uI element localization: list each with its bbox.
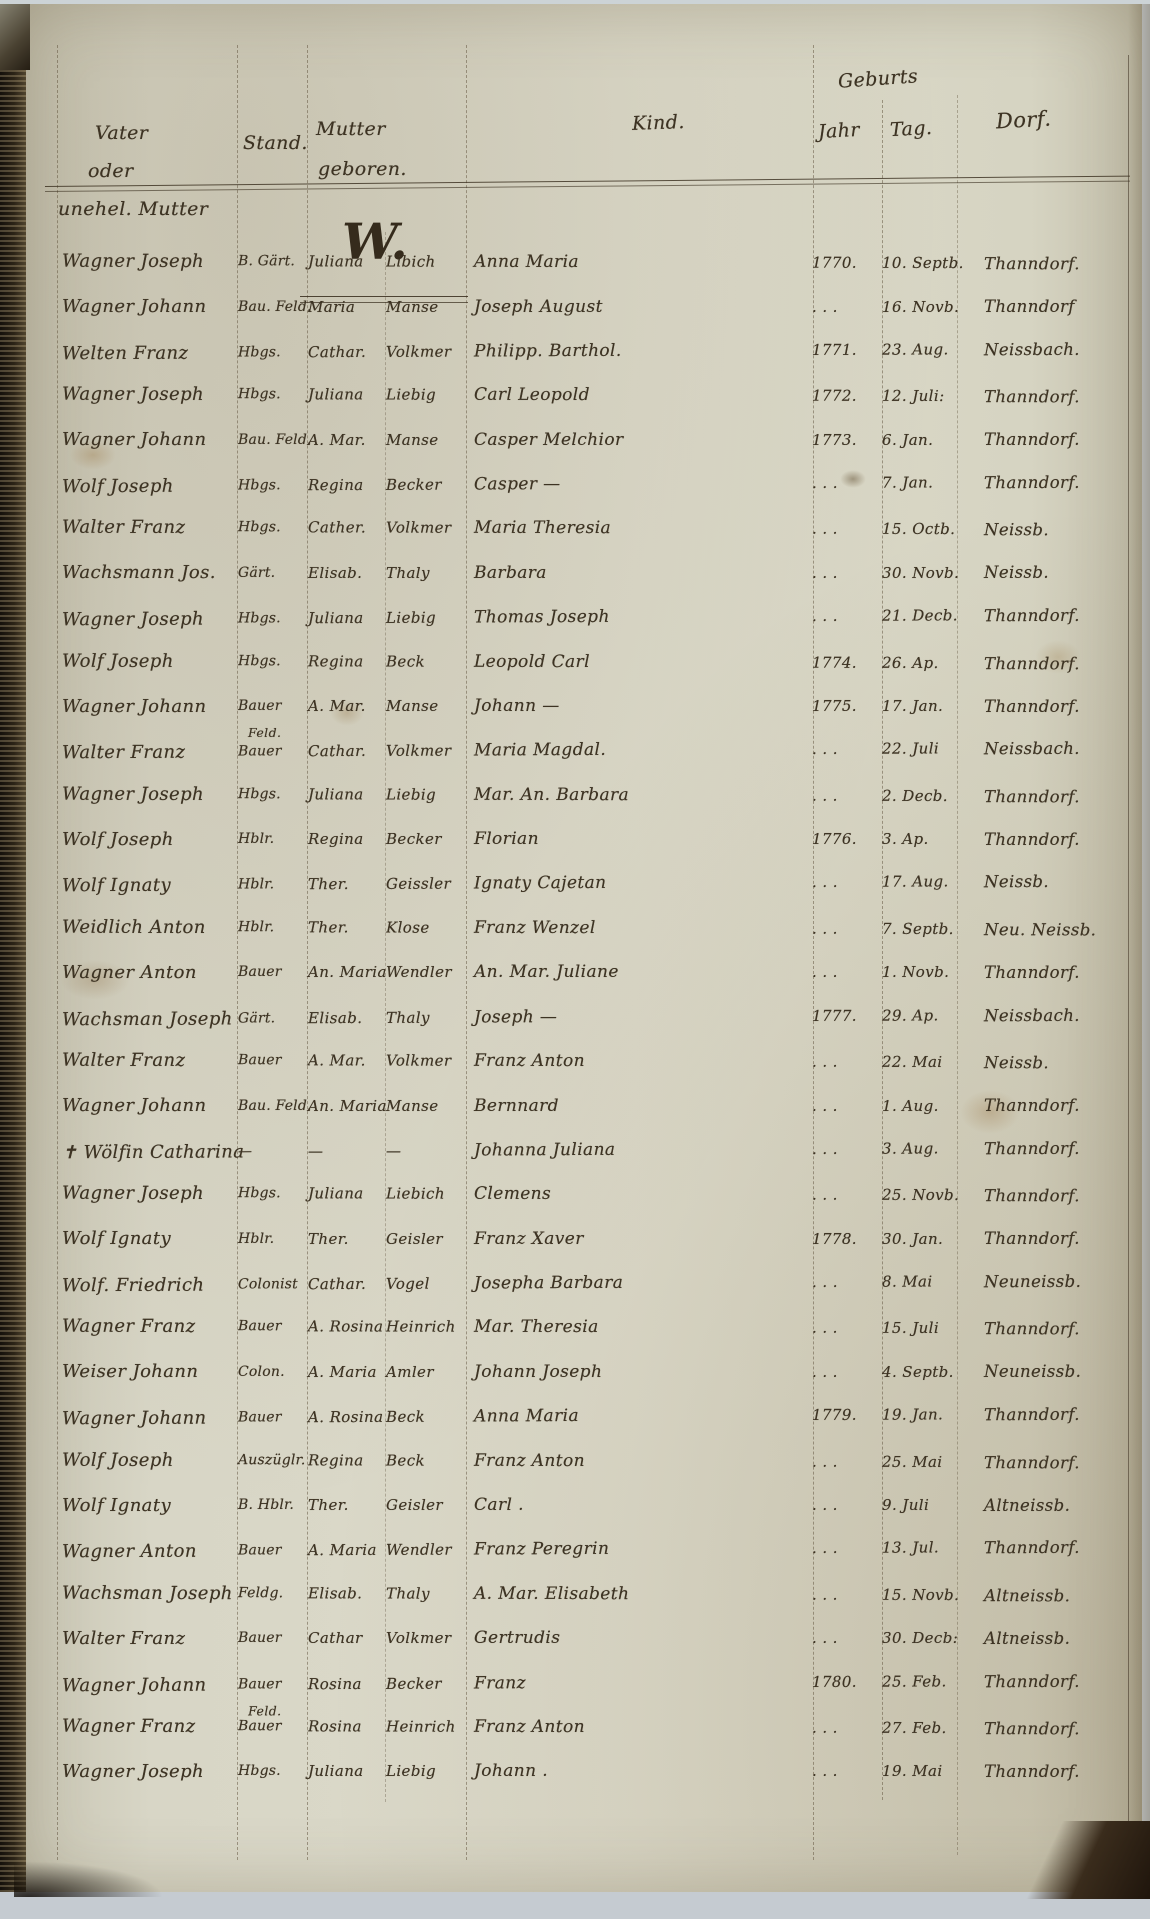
register-row: Welten FranzHbgs.Cathar.VolkmerPhilipp. … [0,326,1150,375]
mother-surname-cell: Wendler [386,1541,468,1559]
page-gutter-shade [1128,0,1150,1900]
birth-day-cell: 7. Jan. [882,473,984,491]
mother-given-cell: Elisab. [308,564,386,582]
stand-cell: Hbgs. [238,653,308,669]
father-cell: Wagner Franz [62,1316,238,1337]
mother-surname-cell: Thaly [386,1008,468,1026]
father-cell: Wagner Joseph [62,608,238,630]
register-row: Wagner JohannBau. Feld.A. Mar.ManseCaspe… [0,418,1150,462]
birth-day-cell: 1. Aug. [882,1097,984,1115]
child-cell: Franz [468,1672,812,1694]
birth-year-cell: . . . [812,873,882,891]
mother-given-cell: Elisab. [308,1584,386,1602]
register-row: Weiser JohannColon.A. MariaAmlerJohann J… [0,1350,1150,1394]
register-row: ✝ Wölfin Catharina———Johanna Juliana. . … [0,1125,1150,1174]
village-cell: Thanndorf. [984,653,1150,672]
stand-cell: Hblr. [238,831,308,847]
child-cell: Anna Maria [468,252,812,273]
village-cell: Thanndorf. [984,1671,1150,1691]
father-cell: Wagner Johann [62,1674,238,1696]
stand-cell: Bauer [238,1718,308,1734]
birth-day-cell: 10. Septb. [882,254,984,272]
birth-day-cell: 25. Novb. [882,1186,984,1204]
mother-surname-cell: Klose [386,919,468,937]
child-cell: Bernnard [468,1096,812,1116]
mother-given-cell: A. Rosina [308,1318,386,1336]
child-cell: Johann Joseph [468,1362,812,1382]
mother-surname-cell: Beck [386,652,468,670]
father-cell: ✝ Wölfin Catharina [62,1141,238,1163]
mother-surname-cell: Liebich [386,1185,468,1203]
father-cell: Weidlich Anton [62,916,238,937]
stand-cell: Bauer [238,1319,308,1335]
register-row: Wolf. FriedrichColonistCathar.VogelJosep… [0,1258,1150,1307]
stand-cell: BauerFeld. [238,1676,308,1692]
mother-given-cell: Ther. [308,918,386,936]
mother-given-cell: Cathar. [308,1275,386,1293]
child-cell: An. Mar. Juliane [468,962,812,982]
mother-surname-cell: Volkmer [386,342,468,360]
father-cell: Walter Franz [62,741,238,763]
header-birth-year: Jahr [817,119,860,143]
mother-given-cell: Juliana [308,1185,386,1203]
birth-year-cell: . . . [812,1319,882,1337]
birth-day-cell: 19. Jan. [882,1406,984,1424]
mother-given-cell: A. Mar. [308,697,386,715]
village-cell: Thanndorf. [984,1719,1150,1738]
birth-year-cell: . . . [812,1629,882,1647]
father-cell: Walter Franz [62,1628,238,1649]
mother-surname-cell: Liebig [386,785,468,803]
mother-surname-cell: Beck [386,1451,468,1469]
father-cell: Wagner Joseph [62,783,238,804]
mother-surname-cell: Manse [386,298,468,316]
mother-surname-cell: Volkmer [386,1052,468,1070]
father-cell: Wachsman Joseph [62,1582,238,1603]
birth-year-cell: 1776. [812,830,882,848]
village-cell: Thanndorf. [984,697,1150,716]
stand-cell: Gärt. [238,565,308,581]
register-row: Wachsmann Jos.Gärt.Elisab.ThalyBarbara. … [0,551,1150,595]
register-row: Wagner JosephB. Gärt.JulianaLibichAnna M… [0,238,1150,285]
mother-given-cell: Ther. [308,1496,386,1514]
father-cell: Wagner Johann [62,1407,238,1429]
village-cell: Neissbach. [984,1005,1150,1025]
register-row: Wagner JohannBau. Feld.An. MariaManseBer… [0,1083,1150,1127]
birth-day-cell: 30. Decb: [882,1629,984,1647]
father-cell: Wolf. Friedrich [62,1274,238,1296]
register-row: Walter FranzHbgs.Cather.VolkmerMaria The… [0,505,1150,552]
birth-day-cell: 27. Feb. [882,1719,984,1737]
stand-cell: Hbgs. [238,344,308,360]
father-cell: Weiser Johann [62,1361,238,1382]
father-cell: Wolf Joseph [62,650,238,671]
village-cell: Thanndorf. [984,387,1150,406]
mother-surname-cell: Becker [386,830,468,848]
birth-day-cell: 25. Feb. [882,1672,984,1690]
birth-day-cell: 30. Jan. [882,1230,984,1248]
village-cell: Neissb. [984,1053,1150,1072]
birth-day-cell: 3. Ap. [882,830,984,848]
header-mother-line1: Mutter [316,118,386,140]
page-shadow [14,1861,164,1897]
birth-year-cell: 1773. [812,431,882,449]
village-cell: Thanndorf. [984,254,1150,273]
stand-cell: Hbgs. [238,1763,308,1779]
stand-cell: Hbgs. [238,477,308,493]
register-row: Wagner FranzBauerA. RosinaHeinrichMar. T… [0,1304,1150,1351]
mother-given-cell: An. Maria [308,1097,386,1115]
mother-given-cell: Rosina [308,1717,386,1735]
mother-surname-cell: Heinrich [386,1718,468,1736]
father-cell: Wagner Johann [62,429,238,450]
register-row: Wolf JosephHbgs.ReginaBeckerCasper —. . … [0,459,1150,508]
child-cell: A. Mar. Elisabeth [468,1584,812,1605]
mother-surname-cell: Liebig [386,1762,468,1780]
child-cell: Thomas Joseph [468,606,812,628]
child-cell: Casper — [468,473,812,495]
father-cell: Wachsman Joseph [62,1008,238,1030]
mother-given-cell: Rosina [308,1675,386,1693]
book-binding [0,0,26,1900]
village-cell: Neissb. [984,872,1150,892]
register-row: Wagner JosephHbgs.JulianaLiebigMar. An. … [0,771,1150,818]
birth-day-cell: 17. Aug. [882,873,984,891]
register-row: Walter FranzBauerA. Mar.VolkmerFranz Ant… [0,1038,1150,1085]
birth-day-cell: 2. Decb. [882,787,984,805]
book-binding-top [0,0,30,70]
father-cell: Wagner Joseph [62,384,238,405]
village-cell: Thanndorf. [984,1452,1150,1471]
header-father-line2: oder [88,160,134,182]
birth-year-cell: 1771. [812,341,882,359]
child-cell: Maria Theresia [468,518,812,539]
stand-cell: — [238,1143,308,1159]
birth-day-cell: 3. Aug. [882,1139,984,1157]
father-cell: Wagner Joseph [62,250,238,271]
birth-day-cell: 19. Mai [882,1762,984,1780]
birth-day-cell: 30. Novb. [882,564,984,582]
header-village: Dorf. [995,107,1051,134]
mother-given-cell: A. Mar. [308,1052,386,1070]
mother-surname-cell: Manse [386,697,468,715]
mother-surname-cell: Wendler [386,963,468,981]
child-cell: Casper Melchior [468,430,812,450]
birth-year-cell: . . . [812,474,882,492]
village-cell: Thanndorf. [984,1096,1150,1115]
father-cell: Wachsmann Jos. [62,562,238,583]
header-father-line1: Vater [95,122,148,144]
mother-given-cell: Juliana [308,386,386,404]
birth-day-cell: 7. Septb. [882,920,984,938]
birth-year-cell: 1778. [812,1230,882,1248]
father-cell: Walter Franz [62,1049,238,1070]
child-cell: Joseph August [468,297,812,317]
birth-day-cell: 12. Juli: [882,387,984,405]
birth-year-cell: . . . [812,1186,882,1204]
stand-cell: Hbgs. [238,386,308,402]
stand-cell: Colon. [238,1364,308,1380]
birth-year-cell: . . . [812,1719,882,1737]
child-cell: Mar. Theresia [468,1317,812,1338]
mother-given-cell: An. Maria [308,963,386,981]
village-cell: Thanndorf. [984,1404,1150,1424]
child-cell: Gertrudis [468,1628,812,1648]
scanned-register-page: { "colors": { "paper": "#d6d4c4", "ink":… [0,0,1150,1919]
village-cell: Neissbach. [984,339,1150,359]
village-cell: Thanndorf. [984,1538,1150,1558]
village-cell: Neissbach. [984,738,1150,758]
birth-day-cell: 15. Novb. [882,1586,984,1604]
child-cell: Johann — [468,696,812,716]
birth-day-cell: 22. Mai [882,1053,984,1071]
register-row: Wolf IgnatyHblr.Ther.GeislerFranz Xaver1… [0,1217,1150,1261]
child-cell: Franz Anton [468,1717,812,1738]
birth-day-cell: 8. Mai [882,1272,984,1290]
mother-given-cell: A. Maria [308,1541,386,1559]
mother-given-cell: Maria [308,298,386,316]
birth-year-cell: . . . [812,740,882,758]
register-row: Wagner AntonBauerA. MariaWendlerFranz Pe… [0,1525,1150,1574]
mother-given-cell: Elisab. [308,1009,386,1027]
mother-given-cell: — [308,1142,386,1160]
father-cell: Wolf Ignaty [62,1495,238,1516]
father-cell: Wolf Joseph [62,475,238,497]
stand-cell: B. Gärt. [238,253,308,269]
birth-year-cell: . . . [812,564,882,582]
stand-cell: Gärt. [238,1010,308,1026]
birth-day-cell: 29. Ap. [882,1006,984,1024]
village-cell: Thanndorf. [984,1229,1150,1248]
mother-given-cell: Regina [308,476,386,494]
birth-year-cell: . . . [812,1586,882,1604]
register-row: Wagner JohannBauerFeld.RosinaBeckerFranz… [0,1658,1150,1707]
register-row: Walter FranzBauerCathar.VolkmerMaria Mag… [0,726,1150,775]
mother-surname-cell: Geisler [386,1230,468,1248]
mother-given-cell: Juliana [308,609,386,627]
child-cell: Philipp. Barthol. [468,340,812,362]
father-cell: Wagner Johann [62,696,238,717]
mother-given-cell: A. Mar. [308,431,386,449]
mother-given-cell: Cathar. [308,343,386,361]
father-cell: Wagner Joseph [62,1183,238,1204]
mother-given-cell: Cather. [308,519,386,537]
village-cell: Thanndorf [984,297,1150,316]
register-row: Wachsman JosephGärt.Elisab.ThalyJoseph —… [0,992,1150,1041]
register-row: Wagner JosephHbgs.JulianaLiebigJohann ..… [0,1749,1150,1793]
stand-cell: Auszüglr. [238,1452,308,1468]
child-cell: Johanna Juliana [468,1139,812,1161]
birth-year-cell: . . . [812,1452,882,1470]
stand-cell: Feldg. [238,1585,308,1601]
header-birth-day: Tag. [889,117,932,141]
mother-surname-cell: Becker [386,476,468,494]
child-cell: Josepha Barbara [468,1272,812,1294]
page-fold-corner [980,1821,1150,1899]
register-row: Wagner FranzBauerRosinaHeinrichFranz Ant… [0,1703,1150,1750]
father-cell: Wagner Johann [62,1095,238,1116]
register-row: Walter FranzBauerCatharVolkmerGertrudis.… [0,1616,1150,1660]
mother-surname-cell: — [386,1141,468,1159]
mother-surname-cell: Liebig [386,386,468,404]
child-cell: Leopold Carl [468,651,812,672]
birth-day-cell: 15. Juli [882,1319,984,1337]
birth-year-cell: . . . [812,1140,882,1158]
birth-year-cell: 1774. [812,653,882,671]
birth-year-cell: . . . [812,1762,882,1780]
register-row: Wolf IgnatyB. Hblr.Ther.GeislerCarl .. .… [0,1483,1150,1527]
birth-day-cell: 16. Novb. [882,298,984,316]
birth-day-cell: 17. Jan. [882,697,984,715]
stand-cell: Bauer [238,1543,308,1559]
village-cell: Thanndorf. [984,472,1150,492]
child-cell: Clemens [468,1184,812,1205]
mother-given-cell: A. Maria [308,1363,386,1381]
father-cell: Wagner Joseph [62,1761,238,1782]
birth-year-cell: 1775. [812,697,882,715]
scan-background-top [0,0,1150,4]
village-cell: Altneissb. [984,1629,1150,1648]
village-cell: Thanndorf. [984,1186,1150,1205]
village-cell: Thanndorf. [984,430,1150,449]
birth-year-cell: . . . [812,1539,882,1557]
child-cell: Ignaty Cajetan [468,873,812,895]
stand-cell: Bauer [238,1410,308,1426]
birth-day-cell: 22. Juli [882,740,984,758]
stand-cell: Hblr. [238,877,308,893]
birth-day-cell: 9. Juli [882,1496,984,1514]
mother-surname-cell: Thaly [386,1584,468,1602]
stand-cell: Hblr. [238,919,308,935]
stand-cell: Colonist [238,1276,308,1292]
stand-cell: Hbgs. [238,520,308,536]
mother-surname-cell: Volkmer [386,519,468,537]
child-cell: Joseph — [468,1006,812,1028]
birth-year-cell: 1777. [812,1006,882,1024]
birth-year-cell: . . . [812,1273,882,1291]
village-cell: Thanndorf. [984,830,1150,849]
register-row: Wolf IgnatyHblr.Ther.GeisslerIgnaty Caje… [0,859,1150,908]
village-cell: Neuneissb. [984,1271,1150,1291]
birth-year-cell: . . . [812,963,882,981]
child-cell: Johann . [468,1761,812,1781]
birth-year-cell: . . . [812,786,882,804]
child-cell: Mar. An. Barbara [468,785,812,806]
stand-cell: Bauer [238,744,308,760]
mother-surname-cell: Manse [386,431,468,449]
father-cell: Wolf Joseph [62,829,238,850]
mother-given-cell: Juliana [308,1762,386,1780]
child-cell: Florian [468,829,812,849]
register-row: Wagner JohannBau. Feld.MariaManseJoseph … [0,284,1150,328]
father-cell: Walter Franz [62,517,238,538]
birth-year-cell: 1770. [812,254,882,272]
mother-surname-cell: Geissler [386,875,468,893]
header-child: Kind. [632,111,685,135]
mother-surname-cell: Libich [386,253,468,271]
mother-given-cell: A. Rosina [308,1408,386,1426]
stand-cell: Bauer [238,964,308,980]
birth-year-cell: . . . [812,298,882,316]
mother-given-cell: Regina [308,652,386,670]
father-cell: Wagner Franz [62,1715,238,1736]
village-cell: Thanndorf. [984,605,1150,625]
mother-given-cell: Juliana [308,785,386,803]
mother-given-cell: Cathar [308,1629,386,1647]
stand-cell: B. Hblr. [238,1497,308,1513]
register-row: Wagner JohannBauerA. RosinaBeckAnna Mari… [0,1392,1150,1441]
birth-day-cell: 4. Septb. [882,1363,984,1381]
birth-year-cell: . . . [812,520,882,538]
child-cell: Barbara [468,563,812,583]
mother-surname-cell: Becker [386,1674,468,1692]
mother-surname-cell: Vogel [386,1275,468,1293]
father-cell: Wagner Johann [62,296,238,317]
birth-year-cell: 1780. [812,1672,882,1690]
mother-given-cell: Cathar. [308,742,386,760]
mother-given-cell: Regina [308,830,386,848]
mother-surname-cell: Liebig [386,609,468,627]
child-cell: Franz Anton [468,1450,812,1471]
mother-given-cell: Regina [308,1451,386,1469]
stand-cell: Hbgs. [238,786,308,802]
birth-day-cell: 1. Novb. [882,963,984,981]
birth-year-cell: 1772. [812,387,882,405]
register-row: Wagner JosephHbgs.JulianaLiebichClemens.… [0,1171,1150,1218]
scan-background-bottom [0,1892,1150,1919]
register-row: Wolf JosephHblr.ReginaBeckerFlorian1776.… [0,817,1150,861]
village-cell: Thanndorf. [984,1138,1150,1158]
header-father-line3: unehel. Mutter [58,198,208,220]
village-cell: Neissb. [984,520,1150,539]
mother-surname-cell: Amler [386,1363,468,1381]
child-cell: Franz Wenzel [468,918,812,939]
register-row: Wagner JosephHbgs.JulianaLiebigCarl Leop… [0,372,1150,419]
header-stand: Stand. [243,132,308,154]
birth-year-cell: . . . [812,920,882,938]
village-cell: Thanndorf. [984,1319,1150,1338]
mother-surname-cell: Volkmer [386,1629,468,1647]
father-cell: Wolf Joseph [62,1449,238,1470]
register-row: Wagner JohannBauerFeld.A. Mar.ManseJohan… [0,684,1150,728]
mother-surname-cell: Volkmer [386,742,468,760]
village-cell: Altneissb. [984,1585,1150,1604]
birth-day-cell: 13. Jul. [882,1539,984,1557]
birth-year-cell: 1779. [812,1406,882,1424]
birth-year-cell: . . . [812,1496,882,1514]
child-cell: Franz Xaver [468,1229,812,1249]
village-cell: Thanndorf. [984,963,1150,982]
father-cell: Wolf Ignaty [62,875,238,897]
stand-cell: Hblr. [238,1231,308,1247]
birth-year-cell: . . . [812,607,882,625]
stand-cell: Hbgs. [238,1186,308,1202]
stand-cell: Bau. Feld. [238,299,308,315]
register-row: Wolf JosephHbgs.ReginaBeckLeopold Carl17… [0,638,1150,685]
mother-given-cell: Ther. [308,875,386,893]
village-cell: Thanndorf. [984,1762,1150,1781]
child-cell: Carl Leopold [468,385,812,406]
child-cell: Franz Peregrin [468,1538,812,1560]
stand-cell: Hbgs. [238,610,308,626]
child-cell: Franz Anton [468,1051,812,1072]
village-cell: Neuneissb. [984,1362,1150,1381]
birth-year-cell: . . . [812,1097,882,1115]
father-cell: Wagner Anton [62,1540,238,1562]
mother-given-cell: Ther. [308,1230,386,1248]
father-cell: Welten Franz [62,342,238,364]
child-cell: Maria Magdal. [468,739,812,761]
